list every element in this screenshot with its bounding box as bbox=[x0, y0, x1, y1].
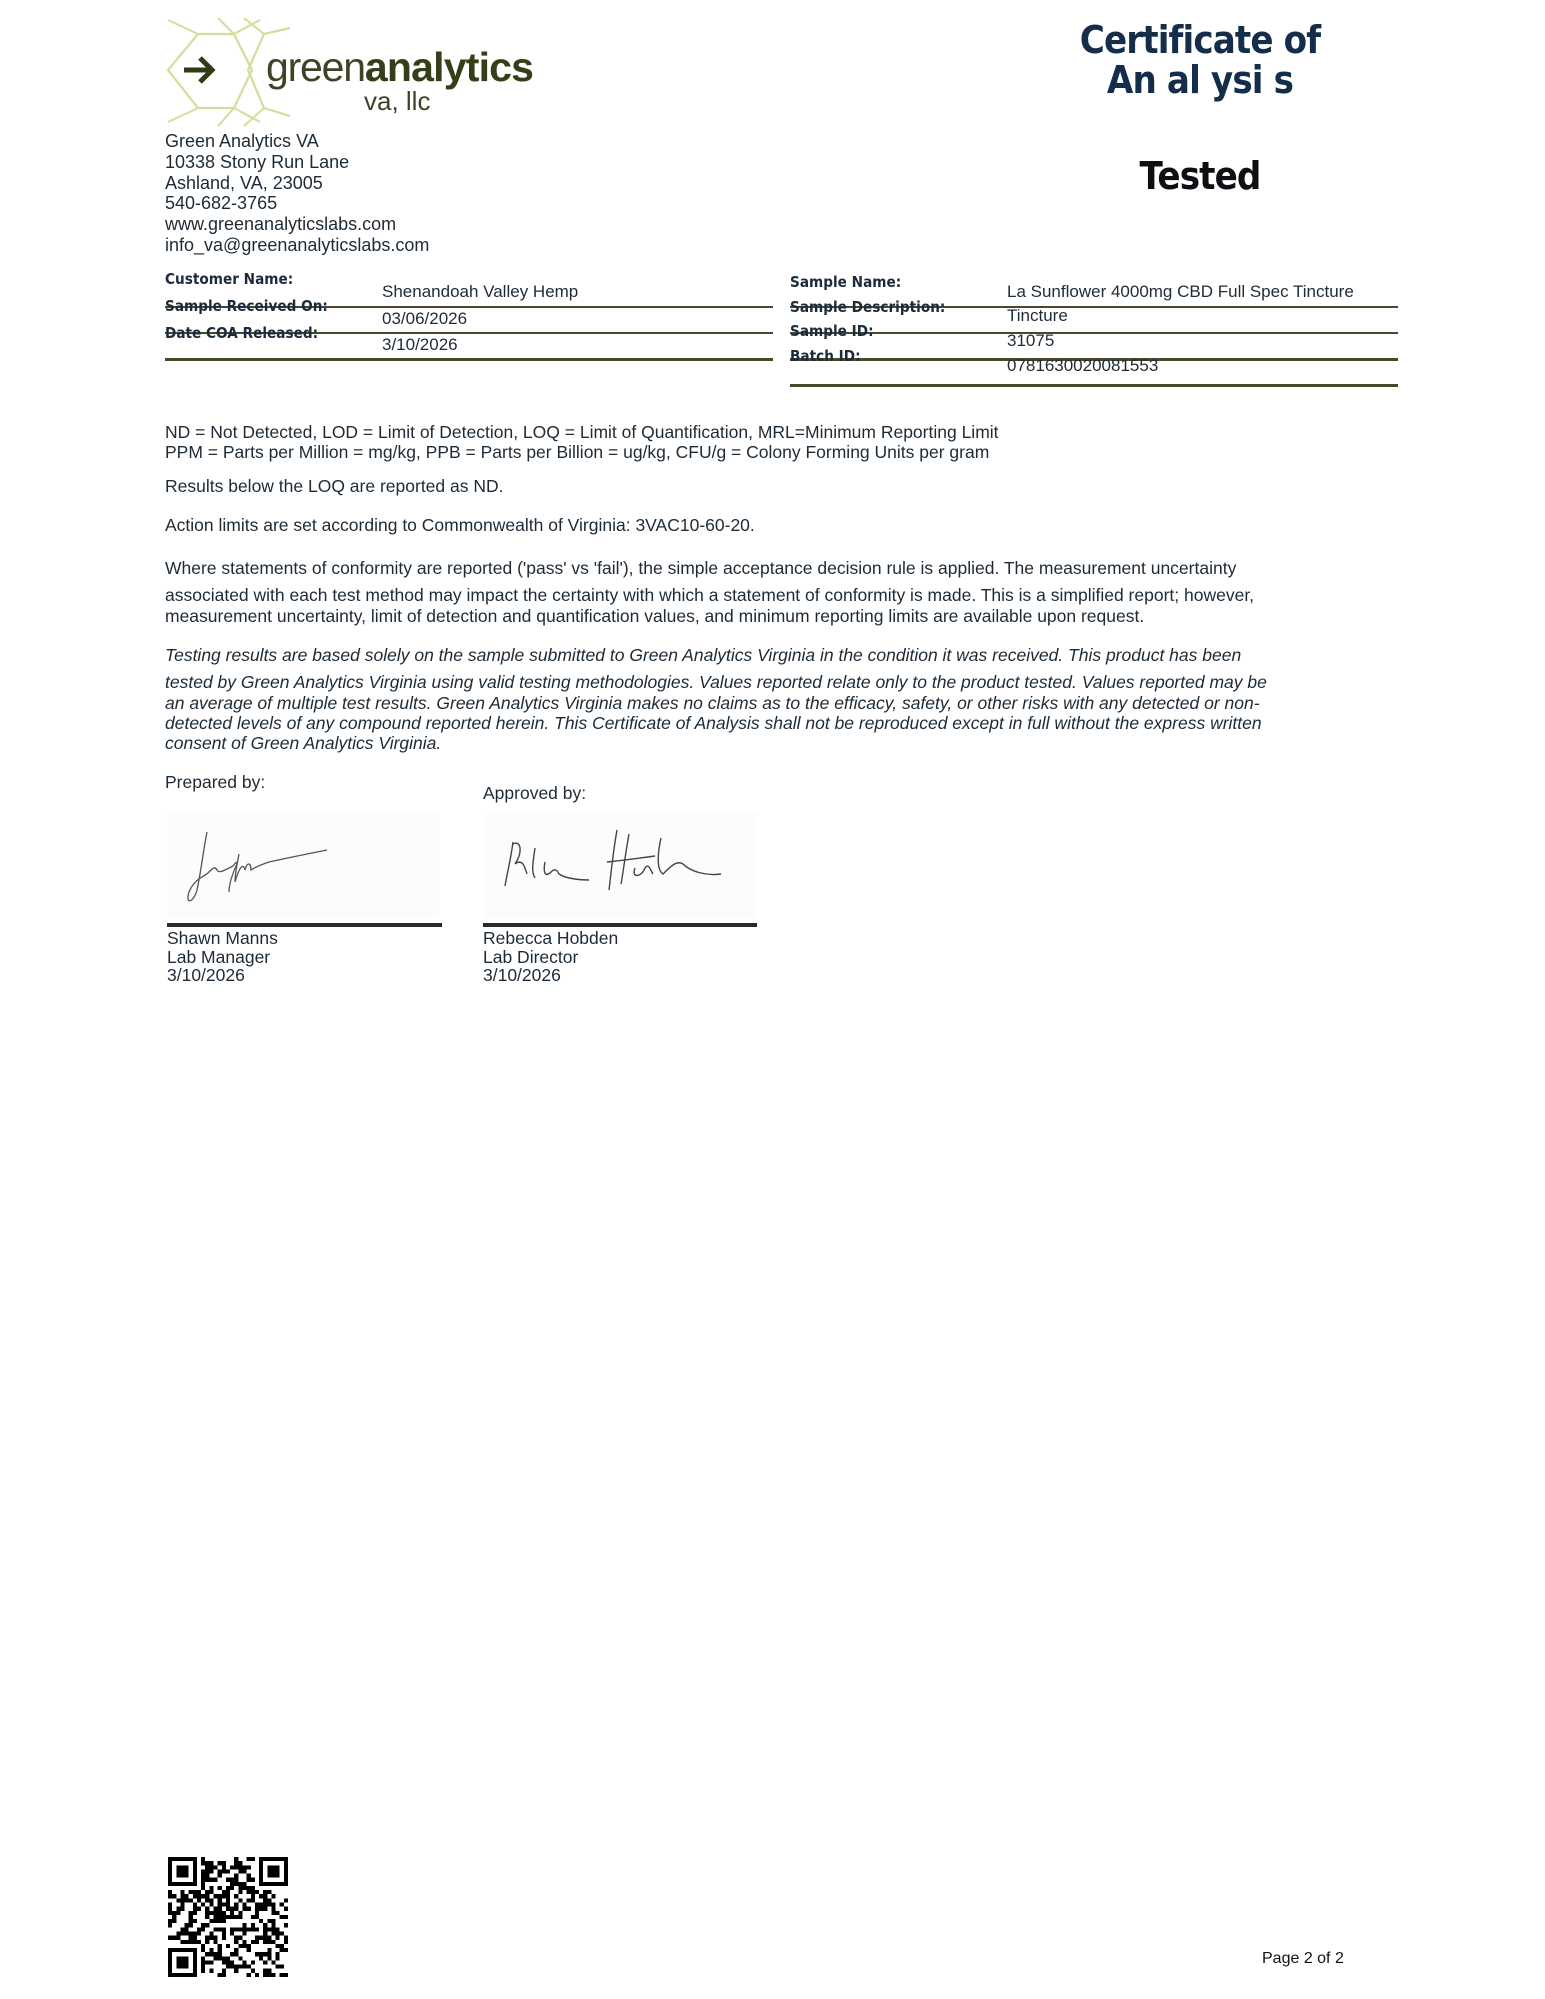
disclaimer-line: detected levels of any compound reported… bbox=[165, 713, 1365, 733]
disclaimer-line: an average of multiple test results. Gre… bbox=[165, 693, 1365, 713]
company-logo: greenanalytics va, llc bbox=[160, 18, 560, 128]
conformity-line: Where statements of conformity are repor… bbox=[165, 558, 1365, 585]
logo-word-green: green bbox=[266, 44, 365, 90]
conformity-statement: Where statements of conformity are repor… bbox=[165, 558, 1365, 627]
preparer-name: Shawn Manns bbox=[167, 929, 278, 948]
divider bbox=[790, 384, 1398, 387]
approver-name: Rebecca Hobden bbox=[483, 929, 618, 948]
sample-name-label: Sample Name: bbox=[790, 273, 901, 291]
customer-name-label: Customer Name: bbox=[165, 270, 293, 288]
sample-description-value: Tincture bbox=[1007, 306, 1068, 326]
approved-by-details: Rebecca Hobden Lab Director 3/10/2026 bbox=[483, 929, 618, 985]
batch-id-value: 0781630020081553 bbox=[1007, 356, 1158, 376]
disclaimer-statement: Testing results are based solely on the … bbox=[165, 645, 1365, 754]
page-number: Page 2 of 2 bbox=[1262, 1950, 1344, 1968]
arrow-right-icon bbox=[184, 58, 212, 82]
phone-number: 540-682-3765 bbox=[165, 193, 429, 214]
signature-line bbox=[483, 923, 757, 927]
disclaimer-line: consent of Green Analytics Virginia. bbox=[165, 733, 1365, 754]
approver-role: Lab Director bbox=[483, 948, 618, 967]
disclaimer-line: Testing results are based solely on the … bbox=[165, 645, 1365, 672]
company-name: Green Analytics VA bbox=[165, 131, 429, 152]
conformity-line: associated with each test method may imp… bbox=[165, 585, 1365, 606]
document-title: Certificate of An al ysi s bbox=[1056, 20, 1344, 100]
sample-received-label: Sample Received On: bbox=[165, 297, 328, 315]
signature-icon bbox=[485, 812, 757, 918]
sample-description-label: Sample Description: bbox=[790, 298, 945, 316]
action-limits-note: Action limits are set according to Commo… bbox=[165, 515, 755, 536]
batch-id-label: Batch ID: bbox=[790, 347, 861, 365]
date-released-label: Date COA Released: bbox=[165, 324, 318, 342]
prepared-signature bbox=[167, 812, 439, 918]
preparer-role: Lab Manager bbox=[167, 948, 278, 967]
signature-icon bbox=[167, 812, 439, 918]
logo-suffix: va, llc bbox=[364, 86, 430, 117]
loq-note: Results below the LOQ are reported as ND… bbox=[165, 476, 504, 497]
title-line-1: Certificate of bbox=[1056, 20, 1344, 60]
approver-date: 3/10/2026 bbox=[483, 966, 618, 985]
sample-id-value: 31075 bbox=[1007, 331, 1054, 351]
street-address: 10338 Stony Run Lane bbox=[165, 152, 429, 173]
divider bbox=[790, 332, 1398, 334]
sample-name-value: La Sunflower 4000mg CBD Full Spec Tinctu… bbox=[1007, 282, 1354, 302]
prepared-by-label: Prepared by: bbox=[165, 772, 265, 793]
conformity-line: measurement uncertainty, limit of detect… bbox=[165, 606, 1365, 627]
prepared-by-details: Shawn Manns Lab Manager 3/10/2026 bbox=[167, 929, 278, 985]
signature-line bbox=[167, 923, 442, 927]
logo-wordmark: greenanalytics bbox=[266, 44, 533, 91]
date-released-value: 3/10/2026 bbox=[382, 335, 458, 355]
abbreviation-definitions-1: ND = Not Detected, LOD = Limit of Detect… bbox=[165, 422, 999, 443]
city-state-zip: Ashland, VA, 23005 bbox=[165, 173, 429, 194]
approved-by-label: Approved by: bbox=[483, 783, 586, 804]
divider bbox=[165, 358, 773, 361]
disclaimer-line: tested by Green Analytics Virginia using… bbox=[165, 672, 1365, 693]
qr-code-icon[interactable] bbox=[168, 1857, 288, 1982]
logo-word-analytics: analytics bbox=[365, 44, 533, 90]
email-link[interactable]: info_va@greenanalyticslabs.com bbox=[165, 235, 429, 256]
website-link[interactable]: www.greenanalyticslabs.com bbox=[165, 214, 429, 235]
approved-signature bbox=[485, 812, 757, 918]
abbreviation-definitions-2: PPM = Parts per Million = mg/kg, PPB = P… bbox=[165, 442, 989, 463]
test-status: Tested bbox=[1056, 154, 1344, 198]
sample-received-value: 03/06/2026 bbox=[382, 309, 467, 329]
title-line-2: An al ysi s bbox=[1056, 60, 1344, 100]
company-address: Green Analytics VA 10338 Stony Run Lane … bbox=[165, 131, 429, 256]
sample-id-label: Sample ID: bbox=[790, 322, 874, 340]
customer-name-value: Shenandoah Valley Hemp bbox=[382, 282, 578, 302]
preparer-date: 3/10/2026 bbox=[167, 966, 278, 985]
